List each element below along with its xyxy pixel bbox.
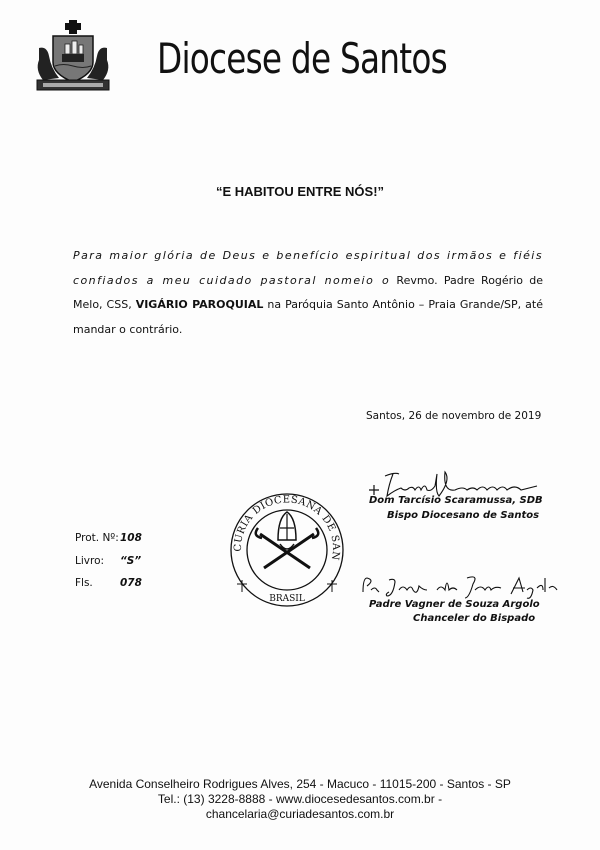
bishop-role: Bispo Diocesano de Santos <box>387 510 539 521</box>
footer-contact: Avenida Conselheiro Rodrigues Alves, 254… <box>0 777 600 822</box>
motto-heading: “E HABITOU ENTRE NÓS!” <box>0 184 600 199</box>
chancellor-name: Padre Vagner de Souza Argolo <box>369 599 540 610</box>
document-page: Diocese de Santos “E HABITOU ENTRE NÓS!”… <box>0 0 600 850</box>
chancellor-signature-block: Padre Vagner de Souza Argolo Chanceler d… <box>355 568 575 628</box>
bishop-signature-block: Dom Tarcísio Scaramussa, SDB Bispo Dioce… <box>355 462 555 532</box>
svg-text:BRASIL: BRASIL <box>269 594 305 604</box>
diocese-title: Diocese de Santos <box>157 38 447 80</box>
curia-seal-icon: CURIA DIOCESANA DE SANTOS BRASIL <box>222 488 352 613</box>
footer-phone-website: Tel.: (13) 3228-8888 - www.diocesedesant… <box>0 792 600 807</box>
chancellor-role: Chanceler do Bispado <box>413 613 535 624</box>
bishop-name: Dom Tarcísio Scaramussa, SDB <box>369 495 543 506</box>
registry-book: Livro:“S” <box>75 555 141 567</box>
footer-email: chancelaria@curiadesantos.com.br <box>0 807 600 822</box>
footer-address: Avenida Conselheiro Rodrigues Alves, 254… <box>0 777 600 792</box>
registry-protocol: Prot. Nº:108 <box>75 532 142 544</box>
coat-of-arms-icon <box>33 20 113 95</box>
date-line: Santos, 26 de novembro de 2019 <box>366 410 541 422</box>
registry-pages: Fls.078 <box>75 577 142 589</box>
appointment-text: Para maior glória de Deus e benefício es… <box>73 244 543 342</box>
appointment-office: VIGÁRIO PAROQUIAL <box>136 298 264 311</box>
